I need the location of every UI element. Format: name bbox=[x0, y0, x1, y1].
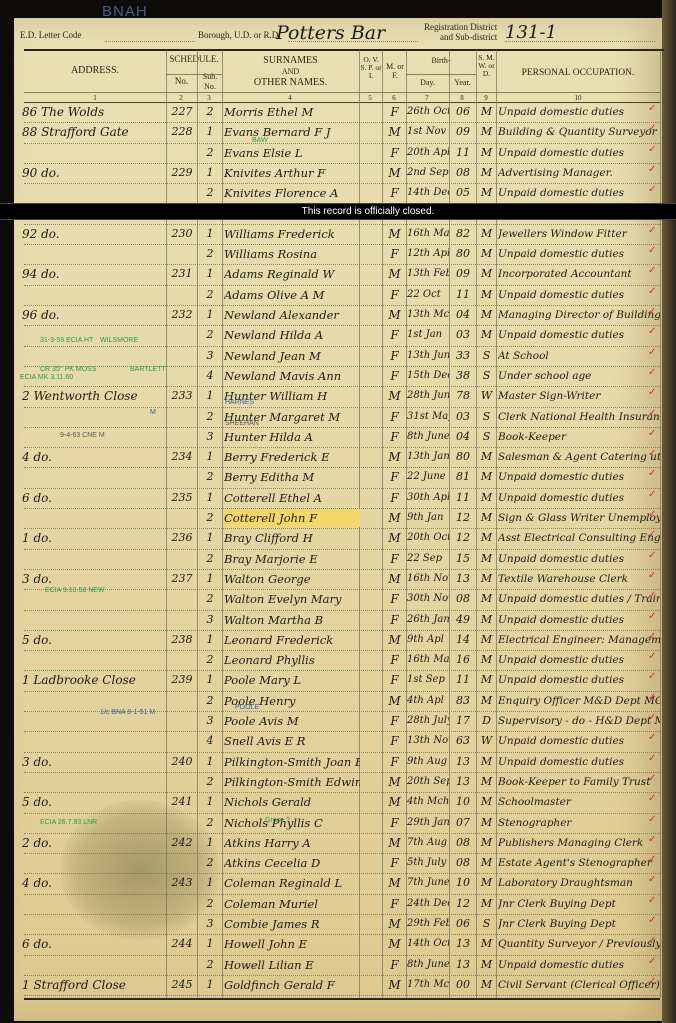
column-number: 2 bbox=[171, 93, 191, 103]
sex-cell: M bbox=[383, 773, 406, 791]
name-cell: Adams Reginald W bbox=[224, 265, 360, 283]
margin-annotation: CR 35° PK MOSS bbox=[40, 366, 96, 373]
schedule-no-cell: 232 bbox=[167, 306, 197, 324]
census-row: 5 do.2381Leonard FrederickM9th Apl14MEle… bbox=[0, 631, 662, 649]
margin-annotation: 9-4-63 CNE M bbox=[60, 432, 105, 439]
birth-year-cell: 13 bbox=[450, 570, 476, 588]
address-cell: 94 do. bbox=[22, 265, 168, 283]
name-cell: Coleman Muriel bbox=[224, 895, 360, 913]
column-number: 5 bbox=[360, 93, 380, 103]
census-row: 2Leonard PhyllisF16th May16MUnpaid domes… bbox=[0, 651, 662, 669]
census-row: 2Howell Lilian EF8th June13MUnpaid domes… bbox=[0, 956, 662, 974]
margin-annotation: Grace ? bbox=[265, 817, 290, 824]
birth-day-cell: 22 Oct bbox=[407, 286, 449, 304]
schedule-no-cell bbox=[167, 144, 197, 162]
birth-day-cell: 26th Jan bbox=[407, 611, 449, 629]
birth-year-cell: 10 bbox=[450, 874, 476, 892]
birth-year-cell: 16 bbox=[450, 651, 476, 669]
ovspi-cell bbox=[360, 286, 382, 304]
occupation-cell: Unpaid domestic duties bbox=[498, 611, 660, 629]
birth-year-cell: 08 bbox=[450, 834, 476, 852]
address-cell: 2 Wentworth Close bbox=[22, 387, 168, 405]
birth-year-cell: 04 bbox=[450, 306, 476, 324]
sex-cell: M bbox=[383, 935, 406, 953]
col-occupation: PERSONAL OCCUPATION. bbox=[498, 68, 658, 78]
sex-cell: F bbox=[383, 326, 406, 344]
marital-status-cell: M bbox=[477, 245, 496, 263]
schedule-sub-cell: 2 bbox=[198, 550, 222, 568]
ovspi-cell bbox=[360, 834, 382, 852]
sex-cell: F bbox=[383, 611, 406, 629]
name-cell: Newland Alexander bbox=[224, 306, 360, 324]
check-mark-icon: ✓ bbox=[648, 550, 656, 561]
schedule-sub-cell: 2 bbox=[198, 854, 222, 872]
name-cell: Berry Frederick E bbox=[224, 448, 360, 466]
check-mark-icon: ✓ bbox=[648, 671, 656, 682]
schedule-no-cell bbox=[167, 956, 197, 974]
ovspi-cell bbox=[360, 225, 382, 243]
margin-annotation: SHEEHAN bbox=[225, 420, 259, 427]
check-mark-icon: ✓ bbox=[648, 144, 656, 155]
occupation-cell: Unpaid domestic duties bbox=[498, 732, 660, 750]
address-cell bbox=[22, 915, 168, 933]
census-row: 2Coleman MurielF24th Dec12MJnr Clerk Buy… bbox=[0, 895, 662, 913]
schedule-no-cell bbox=[167, 692, 197, 710]
address-cell bbox=[22, 895, 168, 913]
check-mark-icon: ✓ bbox=[648, 326, 656, 337]
check-mark-icon: ✓ bbox=[648, 631, 656, 642]
row-rule bbox=[24, 995, 660, 996]
sex-cell: F bbox=[383, 468, 406, 486]
margin-annotation: ECIA 26.7.83 LNR bbox=[40, 819, 97, 826]
check-mark-icon: ✓ bbox=[648, 834, 656, 845]
occupation-cell: Unpaid domestic duties bbox=[498, 286, 660, 304]
check-mark-icon: ✓ bbox=[648, 306, 656, 317]
schedule-no-cell bbox=[167, 895, 197, 913]
schedule-sub-cell: 3 bbox=[198, 915, 222, 933]
census-row: 4Snell Avis E RF13th Nov63WUnpaid domest… bbox=[0, 732, 662, 750]
sex-cell: F bbox=[383, 651, 406, 669]
census-row: 3Walton Martha BF26th Jan49MUnpaid domes… bbox=[0, 611, 662, 629]
census-row: 2Bray Marjorie EF22 Sep15MUnpaid domesti… bbox=[0, 550, 662, 568]
census-row: 2Hunter Margaret MF31st May03SClerk Nati… bbox=[0, 408, 662, 426]
address-cell: 6 do. bbox=[22, 489, 168, 507]
column-number: 10 bbox=[568, 93, 588, 103]
schedule-sub-cell: 2 bbox=[198, 286, 222, 304]
col-schedule-sub: Sub. No. bbox=[199, 72, 221, 92]
birth-day-cell: 31st May bbox=[407, 408, 449, 426]
sex-cell: M bbox=[383, 265, 406, 283]
birth-day-cell: 9th Apl bbox=[407, 631, 449, 649]
schedule-sub-cell: 1 bbox=[198, 489, 222, 507]
sex-cell: F bbox=[383, 956, 406, 974]
closed-record-banner: This record is officially closed. bbox=[0, 203, 676, 220]
ovspi-cell bbox=[360, 732, 382, 750]
sex-cell: M bbox=[383, 509, 406, 527]
schedule-sub-cell: 3 bbox=[198, 428, 222, 446]
ed-letter-code-stamp: BNAH bbox=[102, 3, 148, 20]
check-mark-icon: ✓ bbox=[648, 468, 656, 479]
census-row: 1 Ladbrooke Close2391Poole Mary LF1st Se… bbox=[0, 671, 662, 689]
check-mark-icon: ✓ bbox=[648, 895, 656, 906]
col-and: AND bbox=[222, 67, 359, 77]
schedule-sub-cell: 1 bbox=[198, 225, 222, 243]
schedule-subrule bbox=[166, 74, 222, 75]
col-smwd: S. M. W. or D. bbox=[477, 54, 496, 78]
check-mark-icon: ✓ bbox=[648, 164, 656, 175]
table-bottom-rule bbox=[24, 998, 660, 1000]
schedule-no-cell bbox=[167, 468, 197, 486]
occupation-cell: Schoolmaster bbox=[498, 793, 660, 811]
margin-annotation: BAW bbox=[252, 137, 268, 144]
occupation-cell: Unpaid domestic duties bbox=[498, 651, 660, 669]
name-cell: Combie James R bbox=[224, 915, 360, 933]
birth-year-cell: 82 bbox=[450, 225, 476, 243]
birth-year-cell: 13 bbox=[450, 935, 476, 953]
marital-status-cell: M bbox=[477, 753, 496, 771]
schedule-sub-cell: 1 bbox=[198, 753, 222, 771]
sex-cell: F bbox=[383, 184, 406, 202]
birth-year-cell: 80 bbox=[450, 245, 476, 263]
marital-status-cell: M bbox=[477, 651, 496, 669]
name-cell: Pilkington-Smith Joan B bbox=[224, 753, 360, 771]
occupation-cell: Salesman & Agent Catering utensils bbox=[498, 448, 660, 466]
occupation-cell: Unpaid domestic duties bbox=[498, 489, 660, 507]
birth-subrule bbox=[406, 74, 476, 75]
name-cell: Leonard Frederick bbox=[224, 631, 360, 649]
census-row: 2Evans Elsie LF20th Apl11MUnpaid domesti… bbox=[0, 144, 662, 162]
census-row: 4Newland Mavis AnnF15th Dec38SUnder scho… bbox=[0, 367, 662, 385]
occupation-cell: Clerk National Health Insurance / Unpaid… bbox=[498, 408, 660, 426]
birth-day-cell: 1st Nov bbox=[407, 123, 449, 141]
ovspi-cell bbox=[360, 428, 382, 446]
marital-status-cell: W bbox=[477, 732, 496, 750]
birth-year-cell: 13 bbox=[450, 956, 476, 974]
marital-status-cell: S bbox=[477, 915, 496, 933]
address-cell bbox=[22, 773, 168, 791]
census-row: 2Nichols Phyllis CF29th Jan07MStenograph… bbox=[0, 814, 662, 832]
birth-year-cell: 11 bbox=[450, 144, 476, 162]
birth-day-cell: 22 Sep bbox=[407, 550, 449, 568]
address-cell bbox=[22, 611, 168, 629]
ovspi-cell bbox=[360, 184, 382, 202]
sex-cell: F bbox=[383, 347, 406, 365]
sex-cell: F bbox=[383, 144, 406, 162]
census-row: 6 do.2441Howell John EM14th Oct13MQuanti… bbox=[0, 935, 662, 953]
schedule-no-cell bbox=[167, 854, 197, 872]
birth-year-cell: 05 bbox=[450, 184, 476, 202]
schedule-no-cell: 238 bbox=[167, 631, 197, 649]
name-cell: Bray Clifford H bbox=[224, 529, 360, 547]
census-row: 1 do.2361Bray Clifford HM20th Oct12MAsst… bbox=[0, 529, 662, 547]
schedule-no-cell bbox=[167, 915, 197, 933]
birth-year-cell: 11 bbox=[450, 489, 476, 507]
schedule-sub-cell: 2 bbox=[198, 326, 222, 344]
ovspi-cell bbox=[360, 753, 382, 771]
census-row: 2Berry Editha MF22 June81MUnpaid domesti… bbox=[0, 468, 662, 486]
check-mark-icon: ✓ bbox=[648, 793, 656, 804]
census-row: 2 do.2421Atkins Harry AM7th Aug08MPublis… bbox=[0, 834, 662, 852]
marital-status-cell: W bbox=[477, 387, 496, 405]
check-mark-icon: ✓ bbox=[648, 773, 656, 784]
ovspi-cell bbox=[360, 387, 382, 405]
schedule-no-cell: 243 bbox=[167, 874, 197, 892]
birth-day-cell: 30th Apl bbox=[407, 489, 449, 507]
schedule-no-cell bbox=[167, 286, 197, 304]
marital-status-cell: M bbox=[477, 225, 496, 243]
address-cell bbox=[22, 468, 168, 486]
sex-cell: M bbox=[383, 834, 406, 852]
census-row: 88 Strafford Gate2281Evans Bernard F JM1… bbox=[0, 123, 662, 141]
schedule-sub-cell: 1 bbox=[198, 164, 222, 182]
name-cell: Evans Bernard F J bbox=[224, 123, 360, 141]
marital-status-cell: M bbox=[477, 448, 496, 466]
address-cell bbox=[22, 550, 168, 568]
address-cell bbox=[22, 509, 168, 527]
name-cell: Walton Martha B bbox=[224, 611, 360, 629]
marital-status-cell: M bbox=[477, 529, 496, 547]
name-cell: Leonard Phyllis bbox=[224, 651, 360, 669]
schedule-sub-cell: 2 bbox=[198, 245, 222, 263]
schedule-sub-cell: 1 bbox=[198, 306, 222, 324]
census-row: 4 do.2431Coleman Reginald LM7th June10ML… bbox=[0, 874, 662, 892]
check-mark-icon: ✓ bbox=[648, 509, 656, 520]
check-mark-icon: ✓ bbox=[648, 814, 656, 825]
ed-code-dots bbox=[105, 41, 195, 42]
birth-year-cell: 08 bbox=[450, 854, 476, 872]
birth-year-cell: 83 bbox=[450, 692, 476, 710]
marital-status-cell: M bbox=[477, 468, 496, 486]
schedule-sub-cell: 2 bbox=[198, 509, 222, 527]
occupation-cell: Unpaid domestic duties bbox=[498, 753, 660, 771]
marital-status-cell: M bbox=[477, 874, 496, 892]
occupation-cell: Unpaid domestic duties bbox=[498, 956, 660, 974]
name-cell: Howell Lilian E bbox=[224, 956, 360, 974]
schedule-sub-cell: 2 bbox=[198, 408, 222, 426]
name-cell: Adams Olive A M bbox=[224, 286, 360, 304]
schedule-sub-cell: 1 bbox=[198, 874, 222, 892]
sex-cell: M bbox=[383, 225, 406, 243]
ovspi-cell bbox=[360, 874, 382, 892]
schedule-no-cell: 231 bbox=[167, 265, 197, 283]
check-mark-icon: ✓ bbox=[648, 732, 656, 743]
margin-annotation: WILSMORE bbox=[100, 337, 138, 344]
occupation-cell: Stenographer bbox=[498, 814, 660, 832]
name-cell: Poole Mary L bbox=[224, 671, 360, 689]
birth-day-cell: 13th Jan bbox=[407, 448, 449, 466]
birth-day-cell: 30th Nov bbox=[407, 590, 449, 608]
sex-cell: M bbox=[383, 915, 406, 933]
registration-label-2: and Sub-district bbox=[440, 32, 497, 42]
address-cell bbox=[22, 144, 168, 162]
address-cell bbox=[22, 854, 168, 872]
birth-day-cell: 17th Mch bbox=[407, 976, 449, 994]
birth-day-cell: 8th June bbox=[407, 956, 449, 974]
ovspi-cell bbox=[360, 895, 382, 913]
census-row: 2Knivites Florence AF14th Dec05MUnpaid d… bbox=[0, 184, 662, 202]
ovspi-cell bbox=[360, 306, 382, 324]
census-row: 2 Wentworth Close2331Hunter William HM28… bbox=[0, 387, 662, 405]
ovspi-cell bbox=[360, 712, 382, 730]
birth-day-cell: 14th Oct bbox=[407, 935, 449, 953]
sex-cell: F bbox=[383, 408, 406, 426]
ovspi-cell bbox=[360, 509, 382, 527]
occupation-cell: Book-Keeper to Family Trust bbox=[498, 773, 660, 791]
address-cell bbox=[22, 732, 168, 750]
marital-status-cell: M bbox=[477, 326, 496, 344]
birth-year-cell: 07 bbox=[450, 814, 476, 832]
ovspi-cell bbox=[360, 935, 382, 953]
birth-day-cell: 16th May bbox=[407, 651, 449, 669]
occupation-cell: Unpaid domestic duties bbox=[498, 245, 660, 263]
sex-cell: F bbox=[383, 489, 406, 507]
sex-cell: F bbox=[383, 732, 406, 750]
address-cell: 1 do. bbox=[22, 529, 168, 547]
check-mark-icon: ✓ bbox=[648, 570, 656, 581]
sex-cell: M bbox=[383, 570, 406, 588]
sex-cell: F bbox=[383, 286, 406, 304]
birth-year-cell: 12 bbox=[450, 509, 476, 527]
marital-status-cell: M bbox=[477, 489, 496, 507]
occupation-cell: Advertising Manager. bbox=[498, 164, 660, 182]
schedule-sub-cell: 2 bbox=[198, 103, 222, 121]
marital-status-cell: M bbox=[477, 164, 496, 182]
marital-status-cell: M bbox=[477, 854, 496, 872]
occupation-cell: Unpaid domestic duties bbox=[498, 468, 660, 486]
birth-year-cell: 12 bbox=[450, 529, 476, 547]
margin-annotation: ECIA MK 3.11.60 bbox=[20, 374, 73, 381]
schedule-sub-cell: 1 bbox=[198, 570, 222, 588]
sex-cell: M bbox=[383, 874, 406, 892]
schedule-no-cell bbox=[167, 326, 197, 344]
registration-value: 131-1 bbox=[505, 22, 557, 43]
schedule-no-cell bbox=[167, 814, 197, 832]
occupation-cell: Unpaid domestic duties bbox=[498, 550, 660, 568]
sex-cell: M bbox=[383, 306, 406, 324]
schedule-sub-cell: 1 bbox=[198, 671, 222, 689]
name-cell: Williams Frederick bbox=[224, 225, 360, 243]
birth-day-cell: 24th Dec bbox=[407, 895, 449, 913]
ovspi-cell bbox=[360, 123, 382, 141]
birth-year-cell: 13 bbox=[450, 753, 476, 771]
occupation-cell: Unpaid domestic duties bbox=[498, 184, 660, 202]
address-cell: 88 Strafford Gate bbox=[22, 123, 168, 141]
margin-annotation: HARNES bbox=[225, 399, 254, 406]
name-cell: Evans Elsie L bbox=[224, 144, 360, 162]
marital-status-cell: M bbox=[477, 509, 496, 527]
check-mark-icon: ✓ bbox=[648, 428, 656, 439]
birth-day-cell: 1st Jan bbox=[407, 326, 449, 344]
census-row: 6 do.2351Cotterell Ethel AF30th Apl11MUn… bbox=[0, 489, 662, 507]
birth-year-cell: 78 bbox=[450, 387, 476, 405]
schedule-no-cell: 235 bbox=[167, 489, 197, 507]
sex-cell: M bbox=[383, 976, 406, 994]
birth-year-cell: 14 bbox=[450, 631, 476, 649]
address-cell: 1 Strafford Close bbox=[22, 976, 168, 994]
marital-status-cell: M bbox=[477, 306, 496, 324]
schedule-no-cell bbox=[167, 428, 197, 446]
sex-cell: F bbox=[383, 103, 406, 121]
header-top-rule bbox=[24, 49, 664, 51]
ovspi-cell bbox=[360, 814, 382, 832]
marital-status-cell: D bbox=[477, 712, 496, 730]
col-schedule-no: No. bbox=[166, 76, 197, 86]
occupation-cell: Jnr Clerk Buying Dept bbox=[498, 895, 660, 913]
check-mark-icon: ✓ bbox=[648, 611, 656, 622]
marital-status-cell: M bbox=[477, 773, 496, 791]
schedule-no-cell: 236 bbox=[167, 529, 197, 547]
birth-year-cell: 80 bbox=[450, 448, 476, 466]
name-cell: Pilkington-Smith Edwin H bbox=[224, 773, 360, 791]
ovspi-cell bbox=[360, 164, 382, 182]
marital-status-cell: M bbox=[477, 814, 496, 832]
sex-cell: F bbox=[383, 367, 406, 385]
schedule-no-cell: 227 bbox=[167, 103, 197, 121]
birth-day-cell: 20th Oct bbox=[407, 529, 449, 547]
name-cell: Williams Rosina bbox=[224, 245, 360, 263]
sex-cell: F bbox=[383, 895, 406, 913]
schedule-no-cell bbox=[167, 347, 197, 365]
ovspi-cell bbox=[360, 793, 382, 811]
birth-day-cell: 26th Oct bbox=[407, 103, 449, 121]
name-cell: Walton Evelyn Mary bbox=[224, 590, 360, 608]
sex-cell: F bbox=[383, 245, 406, 263]
ovspi-cell bbox=[360, 448, 382, 466]
schedule-sub-cell: 2 bbox=[198, 773, 222, 791]
schedule-no-cell bbox=[167, 184, 197, 202]
occupation-cell: Master Sign-Writer bbox=[498, 387, 660, 405]
check-mark-icon: ✓ bbox=[648, 265, 656, 276]
schedule-sub-cell: 2 bbox=[198, 814, 222, 832]
occupation-cell: Quantity Surveyor / Previously Building … bbox=[498, 935, 660, 953]
address-cell: 4 do. bbox=[22, 874, 168, 892]
registration-dots bbox=[505, 41, 655, 42]
marital-status-cell: M bbox=[477, 103, 496, 121]
sex-cell: F bbox=[383, 428, 406, 446]
marital-status-cell: M bbox=[477, 956, 496, 974]
birth-year-cell: 03 bbox=[450, 408, 476, 426]
sex-cell: F bbox=[383, 753, 406, 771]
ovspi-cell bbox=[360, 489, 382, 507]
page-binding bbox=[662, 0, 676, 1023]
birth-day-cell: 5th July bbox=[407, 854, 449, 872]
census-row: 1 Strafford Close2451Goldfinch Gerald FM… bbox=[0, 976, 662, 994]
schedule-no-cell bbox=[167, 509, 197, 527]
sex-cell: M bbox=[383, 164, 406, 182]
schedule-no-cell: 229 bbox=[167, 164, 197, 182]
col-schedule: SCHEDULE. bbox=[166, 54, 222, 64]
birth-year-cell: 63 bbox=[450, 732, 476, 750]
occupation-cell: At School bbox=[498, 347, 660, 365]
ovspi-cell bbox=[360, 773, 382, 791]
census-row: 2Williams RosinaF12th Apl80MUnpaid domes… bbox=[0, 245, 662, 263]
schedule-no-cell: 242 bbox=[167, 834, 197, 852]
schedule-no-cell bbox=[167, 712, 197, 730]
occupation-cell: Sign & Glass Writer Unemployed bbox=[498, 509, 660, 527]
birth-day-cell: 28th June bbox=[407, 387, 449, 405]
occupation-cell: Managing Director of Building Company bbox=[498, 306, 660, 324]
name-cell: Nichols Gerald bbox=[224, 793, 360, 811]
name-cell: Berry Editha M bbox=[224, 468, 360, 486]
ovspi-cell bbox=[360, 347, 382, 365]
marital-status-cell: S bbox=[477, 408, 496, 426]
occupation-cell: Book-Keeper bbox=[498, 428, 660, 446]
ovspi-cell bbox=[360, 245, 382, 263]
census-row: 3 do.2401Pilkington-Smith Joan BF9th Aug… bbox=[0, 753, 662, 771]
name-cell: Morris Ethel M bbox=[224, 103, 360, 121]
birth-day-cell: 28th July bbox=[407, 712, 449, 730]
occupation-cell: Electrical Engineer: Management Dept bbox=[498, 631, 660, 649]
